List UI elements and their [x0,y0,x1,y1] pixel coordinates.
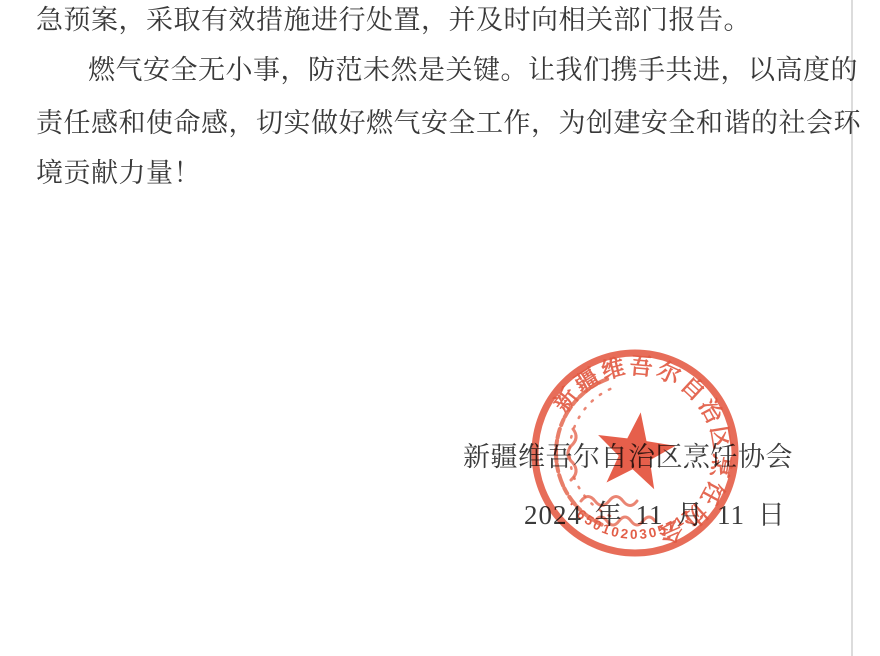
scanned-document-page: 急预案，采取有效措施进行处置，并及时向相关部门报告。 燃气安全无小事，防范未然是… [0,0,880,656]
seal-star [598,412,675,489]
paragraph-line: 急预案，采取有效措施进行处置，并及时向相关部门报告。 [36,3,751,37]
official-seal: 新疆维吾尔自治区烹饪协会 · 6501020305717 · [515,333,755,573]
uyghur-inner-script-line1 [581,497,637,506]
paragraph-line: 燃气安全无小事，防范未然是关键。让我们携手共进，以高度的 [88,53,858,87]
paragraph-line: 境贡献力量！ [36,156,201,190]
scan-edge-line [851,0,853,656]
paragraph-line: 责任感和使命感，切实做好燃气安全工作，为创建安全和谐的社会环 [36,106,861,140]
